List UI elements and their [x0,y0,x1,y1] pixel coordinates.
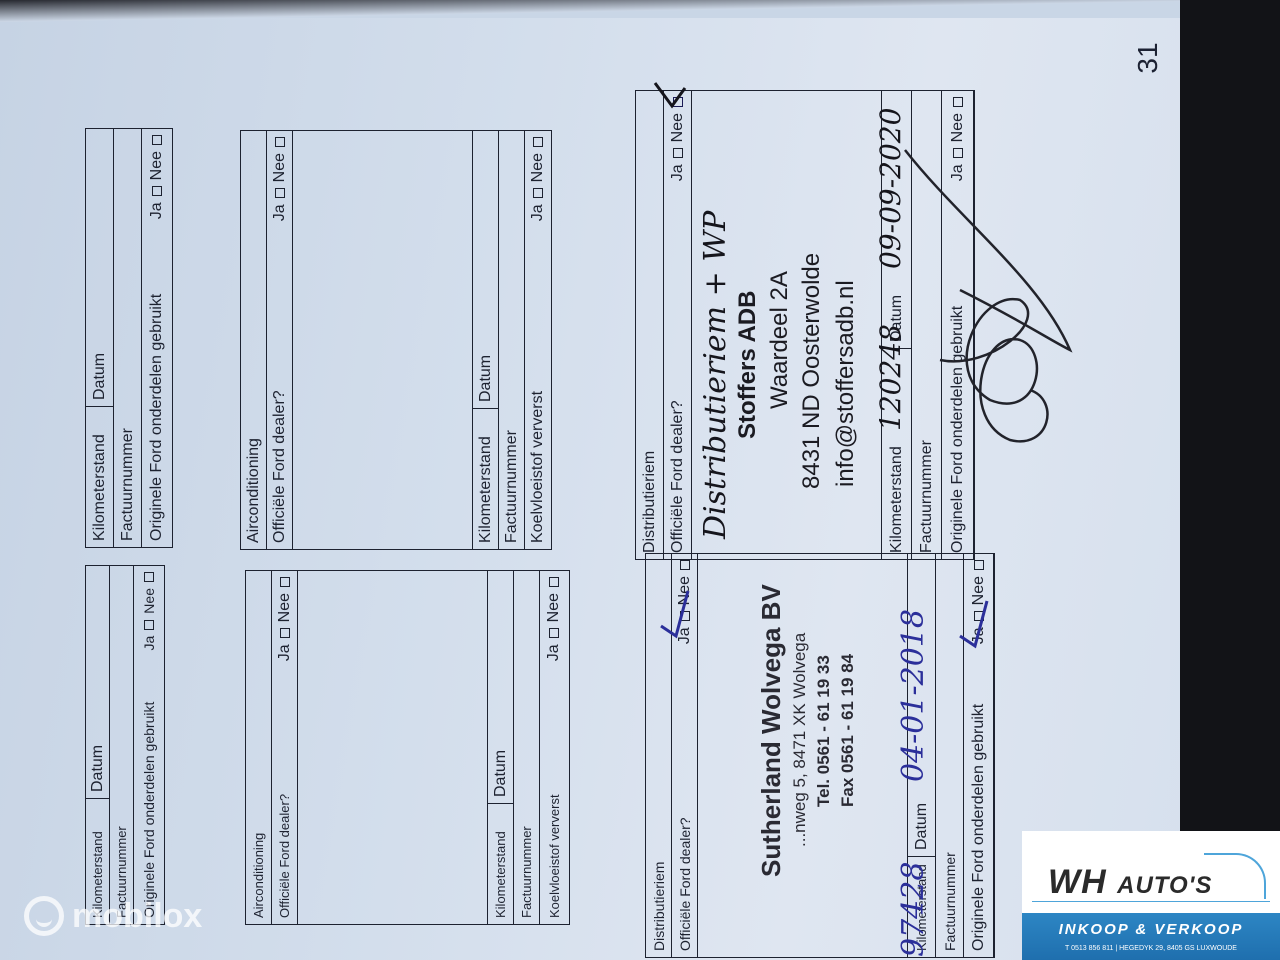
signature-scribble [900,140,1160,470]
form-title: Airconditioning [245,438,263,543]
datum-cell: Datum [473,349,499,409]
notes-area [293,131,473,549]
watermark-logo: mobilox [24,896,202,936]
datum-cell: Datum [488,744,514,804]
original-parts-label: Originele Ford onderdelen gebruikt [970,704,988,951]
nee-checkbox[interactable] [533,137,543,147]
nee-checkbox[interactable] [974,560,984,570]
service-booklet-photo: 31 Distributieriem Officiële Ford dealer… [0,0,1280,960]
checkmark-icon [656,586,696,646]
form-title: Airconditioning [251,833,266,918]
ja-checkbox[interactable] [144,620,154,630]
nee-checkbox[interactable] [275,137,285,147]
nee-checkbox[interactable] [953,97,963,107]
binder-cover [1180,0,1280,960]
ja-checkbox[interactable] [275,188,285,198]
stamp-line: 8431 ND Oosterwolde [798,253,826,489]
nee-checkbox[interactable] [280,577,290,587]
form-airconditioning-bottom: Airconditioning Officiële Ford dealer? J… [245,570,570,925]
stamp-line: Waardeel 2A [766,271,794,409]
original-parts-label: Originele Ford onderdelen gebruikt [148,294,166,541]
service-date: 04-01-2018 [896,609,931,782]
dealer-address: T 0513 856 811 | HEGEDYK 29, 8405 GS LUX… [1022,945,1280,952]
invoice-label: Factuurnummer [119,428,137,541]
ja-checkbox[interactable] [673,148,683,158]
ja-checkbox[interactable] [533,188,543,198]
datum-cell: Datum [86,739,110,799]
car-outline-icon [1204,853,1266,899]
stamp-line: Sutherland Wolvega BV [756,584,787,877]
form-title: Distributieriem [651,862,667,951]
handwritten-note: Distributieriem + WP [698,211,733,539]
dealer-question: Officiële Ford dealer? [271,390,289,543]
nee-checkbox[interactable] [152,135,162,145]
km-reading: 97428 [896,862,931,957]
stamp-line: info@stoffersadb.nl [832,280,860,487]
km-label: Kilometerstand [477,436,495,543]
stamp-line: Tel. 0561 - 61 19 33 [814,655,834,807]
dealer-question: Officiële Ford dealer? [277,794,292,918]
nee-checkbox[interactable] [680,560,690,570]
coolant-label: Koelvloeistof ververst [547,794,562,918]
dealer-banner: WH AUTO'S INKOOP & VERKOOP T 0513 856 81… [1022,831,1280,960]
dealer-question: Officiële Ford dealer? [677,817,693,951]
dealer-tagline: INKOOP & VERKOOP [1022,921,1280,938]
datum-cell: Datum [908,797,936,857]
notes-area [298,571,488,924]
invoice-label: Factuurnummer [503,430,521,543]
nee-checkbox[interactable] [549,577,559,587]
checkmark-icon [650,78,690,118]
original-parts-label: Originele Ford onderdelen gebruikt [141,702,157,918]
form-title: Distributieriem [641,451,659,553]
km-label: Kilometerstand [493,831,508,918]
dealer-name: WH AUTO'S [1048,863,1212,902]
form-distributieriem-2018: Distributieriem Officiële Ford dealer? J… [645,553,995,958]
form-airconditioning-top: Airconditioning Officiële Ford dealer? J… [240,130,552,550]
dealer-question: Officiële Ford dealer? [669,400,687,553]
datum-cell: Datum [86,347,114,407]
mobilox-icon [24,896,64,936]
page-number: 31 [1130,38,1166,78]
form-partial-top-left: Kilometerstand Datum Factuurnummer Origi… [85,128,173,548]
coolant-label: Koelvloeistof ververst [529,391,547,543]
ja-checkbox[interactable] [152,186,162,196]
invoice-label: Factuurnummer [519,826,534,918]
stamp-line: Stoffers ADB [734,291,762,439]
ja-checkbox[interactable] [549,628,559,638]
stamp-line: ...nweg 5, 8471 XK Wolvega [790,633,810,847]
form-partial-bottom-left: Kilometerstand Datum Factuurnummer Origi… [85,565,165,925]
stamp-line: Fax 0561 - 61 19 84 [838,654,858,807]
ja-checkbox[interactable] [280,628,290,638]
invoice-label: Factuurnummer [942,852,958,951]
checkmark-icon [955,596,995,656]
km-label: Kilometerstand [91,434,109,541]
nee-checkbox[interactable] [144,572,154,582]
